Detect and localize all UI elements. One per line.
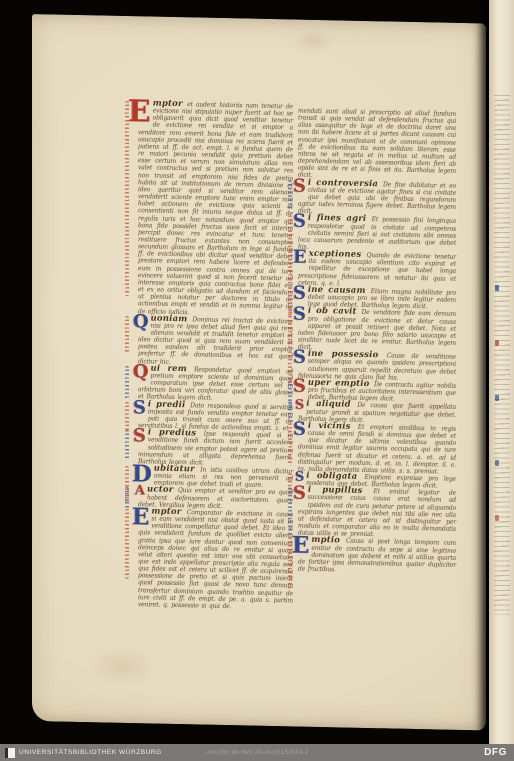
illuminated-initial: S — [133, 401, 148, 416]
penwork-flourish — [288, 423, 292, 465]
penwork-flourish — [288, 180, 292, 210]
illuminated-initial: D — [132, 465, 154, 484]
body-text: Et emptori similibus in regis causa de o… — [298, 424, 456, 476]
paragraph: Exceptiones Quando de evictione tenetur … — [298, 251, 456, 290]
penwork-flourish — [288, 216, 292, 254]
adjacent-page-edge — [489, 0, 514, 744]
illuminated-initial: Q — [133, 315, 151, 330]
paragraph: mendati sunt aliud si prescriptio ad ali… — [298, 108, 456, 183]
penwork-flourish — [125, 366, 129, 400]
manuscript-page: Emptor et audent historiis nam tenetur d… — [32, 14, 486, 731]
body-text: Comparator de evictione in causa si eam … — [138, 509, 293, 610]
penwork-flourish — [125, 487, 129, 509]
paragraph: Emptor et audent historiis nam tenetur d… — [138, 100, 293, 318]
paragraph: Emptio Causa si post longa tempora cum e… — [298, 537, 456, 576]
body-text: et audent historiis nam tenetur de evict… — [138, 101, 293, 316]
text-column-left: Emptor et audent historiis nam tenetur d… — [138, 100, 293, 611]
illuminated-initial: Q — [133, 365, 151, 380]
library-branding: UNIVERSITÄTSBIBLIOTHEK WÜRZBURG — [0, 748, 162, 758]
paragraph: Si ob cavit De venditore fide eam demum … — [298, 308, 456, 354]
body-text: Quando de evictione tenetur ita eadem us… — [298, 252, 456, 287]
penwork-flourish — [288, 402, 292, 422]
paragraph: Emptor Comparator de evictione in causa … — [138, 508, 293, 611]
illuminated-initial: E — [128, 100, 153, 124]
body-text: De venditore fide eam demum pro obligati… — [298, 309, 456, 351]
illuminated-initial: S — [133, 429, 148, 444]
illuminated-initial: E — [293, 251, 309, 266]
illuminated-initial: S — [295, 401, 306, 412]
illuminated-initial: S — [293, 215, 308, 230]
showthrough-text-lines — [494, 95, 510, 615]
penwork-flourish — [125, 509, 129, 579]
penwork-flourish — [125, 316, 129, 354]
paragraph: Quoniam Dominus rei tractat de evictione… — [138, 315, 293, 368]
penwork-flourish — [288, 488, 292, 536]
illuminated-initial: S — [293, 379, 308, 394]
paragraph: Si predius Ipse respondit quod si in ven… — [138, 429, 293, 468]
penwork-flourish — [288, 309, 292, 351]
paragraph: Si vicinis Et emptori similibus in regis… — [298, 422, 456, 475]
dfg-logo: DFG — [484, 747, 514, 758]
body-text: Et emitur legatur de successione cuius c… — [298, 488, 456, 538]
text-column-right: mendati sunt aliud si prescriptio ad ali… — [298, 108, 456, 576]
showthrough-initial-marks — [495, 285, 499, 291]
penwork-flourish — [125, 430, 129, 460]
illuminated-initial: S — [293, 308, 308, 323]
penwork-flourish — [288, 251, 292, 285]
body-text: mendati sunt aliud si prescriptio ad ali… — [298, 108, 456, 180]
illuminated-initial: S — [295, 472, 306, 483]
paragraph: Si pupillus Et emitur legatur de success… — [298, 487, 456, 540]
illuminated-initial: S — [293, 487, 308, 502]
paragraph: Qui rem Respondetur quod emptori ad pret… — [138, 365, 293, 404]
penwork-flourish — [288, 538, 292, 590]
library-name: UNIVERSITÄTSBIBLIOTHEK WÜRZBURG — [19, 749, 162, 756]
body-text: Dominus rei tractat de evictione nisi pr… — [138, 316, 293, 365]
illuminated-initial: S — [293, 286, 308, 301]
illuminated-initial: S — [293, 179, 308, 194]
illuminated-initial: A — [135, 487, 147, 498]
illuminated-initial: S — [293, 422, 308, 437]
penwork-flourish — [125, 101, 129, 296]
illuminated-initial: E — [132, 508, 151, 527]
body-text: Ipse respondit quod si in venditione fun… — [138, 431, 293, 467]
penwork-flourish — [125, 402, 129, 432]
illuminated-initial: S — [293, 351, 308, 366]
footer-bar: UNIVERSITÄTSBIBLIOTHEK WÜRZBURG urn:nbn:… — [0, 744, 514, 761]
illuminated-initial: E — [292, 537, 311, 556]
library-logo-icon — [5, 748, 15, 758]
